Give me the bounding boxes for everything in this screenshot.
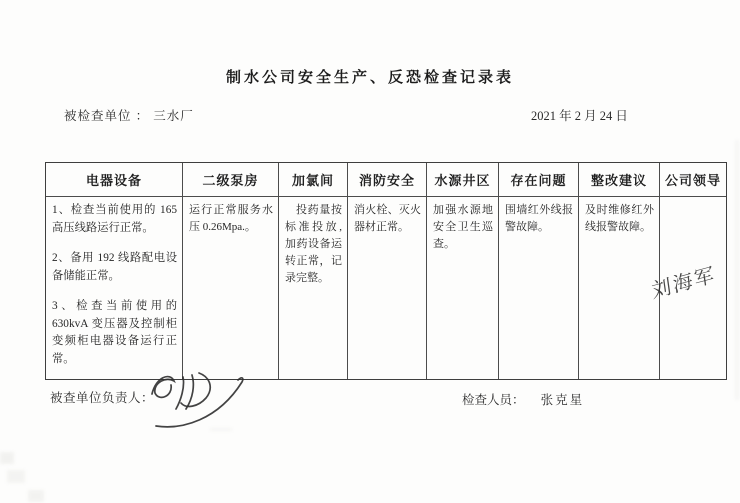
cell-rectification-suggestions: 及时维修红外线报警故障。 — [579, 197, 660, 379]
responsible-person-label: 被查单位负责人： — [50, 391, 154, 405]
scan-noise-blob — [0, 452, 14, 464]
signature-stroke — [181, 373, 210, 406]
scanned-inspection-record-page: 制水公司安全生产、反恐检查记录表 被检查单位 ： 三水厂 2021 年 2 月 … — [0, 0, 740, 503]
cell-secondary-pump-room: 运行正常服务水压 0.26Mpa.。 — [183, 197, 279, 379]
column-header-existing-problems: 存在问题 — [499, 163, 579, 197]
leader-handwritten-signature: 刘海军 — [650, 260, 718, 308]
column-header-electrical-equipment: 电器设备 — [46, 163, 183, 197]
cell-existing-problems: 围墙红外线报警故障。 — [499, 197, 579, 379]
scan-noise-blob — [28, 490, 44, 502]
scan-noise-blob — [7, 470, 25, 483]
cell-fire-safety: 消火栓、灭火器材正常。 — [348, 197, 427, 379]
inspection-item-1: 1、检查当前使用的 165 高压线路运行正常。 — [52, 202, 177, 237]
column-header-water-source-wells: 水源井区 — [427, 163, 499, 197]
cell-water-source-wells: 加强水源地安全卫生巡查。 — [427, 197, 499, 379]
inspector-label: 检查人员： — [462, 393, 525, 407]
inspector-line: 检查人员： 张克星 — [462, 390, 584, 408]
scan-noise-edge — [735, 140, 739, 400]
inspection-record-table: 电器设备 二级泵房 加氯间 消防安全 水源井区 存在问题 整改建议 公司领导 1… — [45, 162, 727, 380]
signature-stroke — [156, 378, 243, 427]
inspection-item-3: 3、检查当前使用的 630kvA 变压器及控制柜变频柜电器设备运行正常。 — [52, 298, 177, 368]
signature-stroke — [186, 375, 193, 409]
column-header-company-leader: 公司领导 — [660, 163, 726, 197]
responsible-person-line: 被查单位负责人： — [50, 388, 154, 406]
document-title: 制水公司安全生产、反恐检查记录表 — [0, 66, 740, 87]
column-header-fire-safety: 消防安全 — [348, 163, 427, 197]
column-header-rectification-suggestions: 整改建议 — [579, 163, 660, 197]
inspected-unit-label: 被检查单位 ： — [64, 109, 149, 123]
inspected-unit-value: 三水厂 — [153, 109, 194, 123]
column-header-secondary-pump-room: 二级泵房 — [183, 163, 279, 197]
inspection-date: 2021 年 2 月 24 日 — [531, 106, 628, 124]
signature-stroke — [152, 377, 174, 398]
column-header-chlorination-room: 加氯间 — [279, 163, 348, 197]
inspected-unit-line: 被检查单位 ： 三水厂 — [64, 106, 194, 124]
inspection-item-2: 2、备用 192 线路配电设备储能正常。 — [52, 250, 177, 285]
responsible-person-signature — [140, 364, 258, 434]
inspector-name: 张克星 — [541, 393, 585, 407]
cell-electrical-equipment: 1、检查当前使用的 165 高压线路运行正常。 2、备用 192 线路配电设备储… — [46, 197, 183, 379]
cell-company-leader: 刘海军 — [660, 197, 726, 379]
cell-chlorination-room: 投药量按标准投放,加药设备运转正常，记录完整。 — [279, 197, 348, 379]
